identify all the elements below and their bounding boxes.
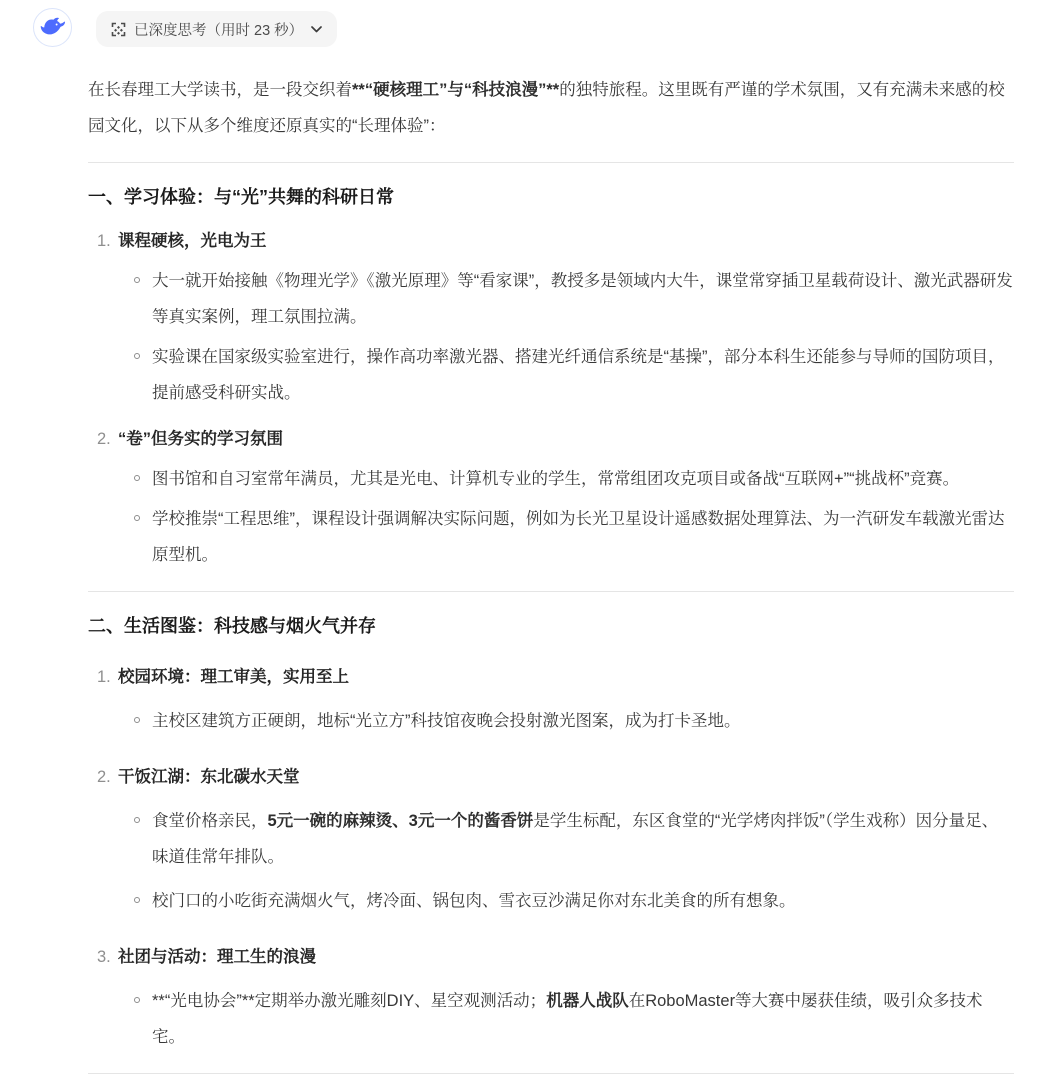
list-item-number: 3. (97, 939, 118, 975)
deepseek-whale-icon (40, 15, 65, 40)
list-item-number: 1. (97, 223, 118, 259)
divider (88, 591, 1014, 592)
bullet-text: 图书馆和自习室常年满员，尤其是光电、计算机专业的学生，常常组团攻克项目或备战“互… (152, 461, 1014, 497)
hollow-circle-bullet-icon (134, 817, 140, 823)
deepthink-seal-icon (111, 22, 126, 37)
list-item-title: 干饭江湖：东北碳水天堂 (118, 759, 300, 795)
chevron-down-icon (311, 26, 322, 33)
list-item-head: 2.“卷”但务实的学习氛围 (97, 421, 1014, 457)
list-item-title: “卷”但务实的学习氛围 (118, 421, 283, 457)
list-item: 3.社团与活动：理工生的浪漫**“光电协会”**定期举办激光雕刻DIY、星空观测… (97, 939, 1014, 1055)
bullet-text: 校门口的小吃街充满烟火气，烤冷面、锅包肉、雪衣豆沙满足你对东北美食的所有想象。 (152, 883, 1014, 919)
bullet-text: 食堂价格亲民，5元一碗的麻辣烫、3元一个的酱香饼是学生标配，东区食堂的“光学烤肉… (152, 803, 1014, 875)
message-header: 已深度思考（用时 23 秒） (0, 0, 1044, 47)
bullet-text: 大一就开始接触《物理光学》《激光原理》等“看家课”，教授多是领域内大牛，课堂常穿… (152, 263, 1014, 335)
list-item-number: 2. (97, 421, 118, 457)
bullet-item: **“光电协会”**定期举办激光雕刻DIY、星空观测活动；机器人战队在RoboM… (134, 983, 1014, 1055)
bullet-text: 实验课在国家级实验室进行，操作高功率激光器、搭建光纤通信系统是“基操”，部分本科… (152, 339, 1014, 411)
bullet-item: 大一就开始接触《物理光学》《激光原理》等“看家课”，教授多是领域内大牛，课堂常穿… (134, 263, 1014, 335)
bullet-item: 实验课在国家级实验室进行，操作高功率激光器、搭建光纤通信系统是“基操”，部分本科… (134, 339, 1014, 411)
list-item-title: 课程硬核，光电为王 (118, 223, 267, 259)
list-item-head: 3.社团与活动：理工生的浪漫 (97, 939, 1014, 975)
bullet-list: 大一就开始接触《物理光学》《激光原理》等“看家课”，教授多是领域内大牛，课堂常穿… (134, 263, 1014, 411)
hollow-circle-bullet-icon (134, 475, 140, 481)
bullet-text: 主校区建筑方正硬朗，地标“光立方”科技馆夜晚会投射激光图案，成为打卡圣地。 (152, 703, 1014, 739)
divider (88, 1073, 1014, 1074)
list-item: 1.校园环境：理工审美，实用至上主校区建筑方正硬朗，地标“光立方”科技馆夜晚会投… (97, 659, 1014, 739)
ordered-list: 1.课程硬核，光电为王大一就开始接触《物理光学》《激光原理》等“看家课”，教授多… (88, 223, 1014, 573)
bullet-item: 食堂价格亲民，5元一碗的麻辣烫、3元一个的酱香饼是学生标配，东区食堂的“光学烤肉… (134, 803, 1014, 875)
bullet-item: 学校推崇“工程思维”，课程设计强调解决实际问题，例如为长光卫星设计遥感数据处理算… (134, 501, 1014, 573)
list-item-head: 1.校园环境：理工审美，实用至上 (97, 659, 1014, 695)
bullet-list: 食堂价格亲民，5元一碗的麻辣烫、3元一个的酱香饼是学生标配，东区食堂的“光学烤肉… (134, 803, 1014, 919)
sections-container: 一、学习体验：与“光”共舞的科研日常1.课程硬核，光电为王大一就开始接触《物理光… (88, 162, 1014, 1074)
list-item-head: 1.课程硬核，光电为王 (97, 223, 1014, 259)
list-item-head: 2.干饭江湖：东北碳水天堂 (97, 759, 1014, 795)
list-item-number: 1. (97, 659, 118, 695)
assistant-avatar (33, 8, 72, 47)
list-item-number: 2. (97, 759, 118, 795)
list-item: 2.“卷”但务实的学习氛围图书馆和自习室常年满员，尤其是光电、计算机专业的学生，… (97, 421, 1014, 573)
bullet-item: 主校区建筑方正硬朗，地标“光立方”科技馆夜晚会投射激光图案，成为打卡圣地。 (134, 703, 1014, 739)
list-item: 2.干饭江湖：东北碳水天堂食堂价格亲民，5元一碗的麻辣烫、3元一个的酱香饼是学生… (97, 759, 1014, 919)
hollow-circle-bullet-icon (134, 353, 140, 359)
thinking-label: 已深度思考（用时 23 秒） (134, 19, 303, 40)
list-item-title: 社团与活动：理工生的浪漫 (118, 939, 316, 975)
hollow-circle-bullet-icon (134, 515, 140, 521)
bullet-text: **“光电协会”**定期举办激光雕刻DIY、星空观测活动；机器人战队在RoboM… (152, 983, 1014, 1055)
ordered-list: 1.校园环境：理工审美，实用至上主校区建筑方正硬朗，地标“光立方”科技馆夜晚会投… (88, 659, 1014, 1055)
divider (88, 162, 1014, 163)
message-content: 在长春理工大学读书，是一段交织着**“硬核理工”与“科技浪漫”**的独特旅程。这… (88, 72, 1014, 1074)
hollow-circle-bullet-icon (134, 897, 140, 903)
list-item: 1.课程硬核，光电为王大一就开始接触《物理光学》《激光原理》等“看家课”，教授多… (97, 223, 1014, 411)
hollow-circle-bullet-icon (134, 997, 140, 1003)
bullet-item: 图书馆和自习室常年满员，尤其是光电、计算机专业的学生，常常组团攻克项目或备战“互… (134, 461, 1014, 497)
bullet-list: 主校区建筑方正硬朗，地标“光立方”科技馆夜晚会投射激光图案，成为打卡圣地。 (134, 703, 1014, 739)
intro-paragraph: 在长春理工大学读书，是一段交织着**“硬核理工”与“科技浪漫”**的独特旅程。这… (88, 72, 1014, 144)
section-title: 二、生活图鉴：科技感与烟火气并存 (88, 613, 1014, 639)
hollow-circle-bullet-icon (134, 277, 140, 283)
bullet-item: 校门口的小吃街充满烟火气，烤冷面、锅包肉、雪衣豆沙满足你对东北美食的所有想象。 (134, 883, 1014, 919)
thinking-toggle[interactable]: 已深度思考（用时 23 秒） (96, 11, 337, 47)
hollow-circle-bullet-icon (134, 717, 140, 723)
list-item-title: 校园环境：理工审美，实用至上 (118, 659, 349, 695)
section-title: 一、学习体验：与“光”共舞的科研日常 (88, 184, 1014, 210)
bullet-list: **“光电协会”**定期举办激光雕刻DIY、星空观测活动；机器人战队在RoboM… (134, 983, 1014, 1055)
bullet-text: 学校推崇“工程思维”，课程设计强调解决实际问题，例如为长光卫星设计遥感数据处理算… (152, 501, 1014, 573)
bullet-list: 图书馆和自习室常年满员，尤其是光电、计算机专业的学生，常常组团攻克项目或备战“互… (134, 461, 1014, 573)
chat-message: 已深度思考（用时 23 秒） 在长春理工大学读书，是一段交织着**“硬核理工”与… (0, 0, 1044, 1074)
